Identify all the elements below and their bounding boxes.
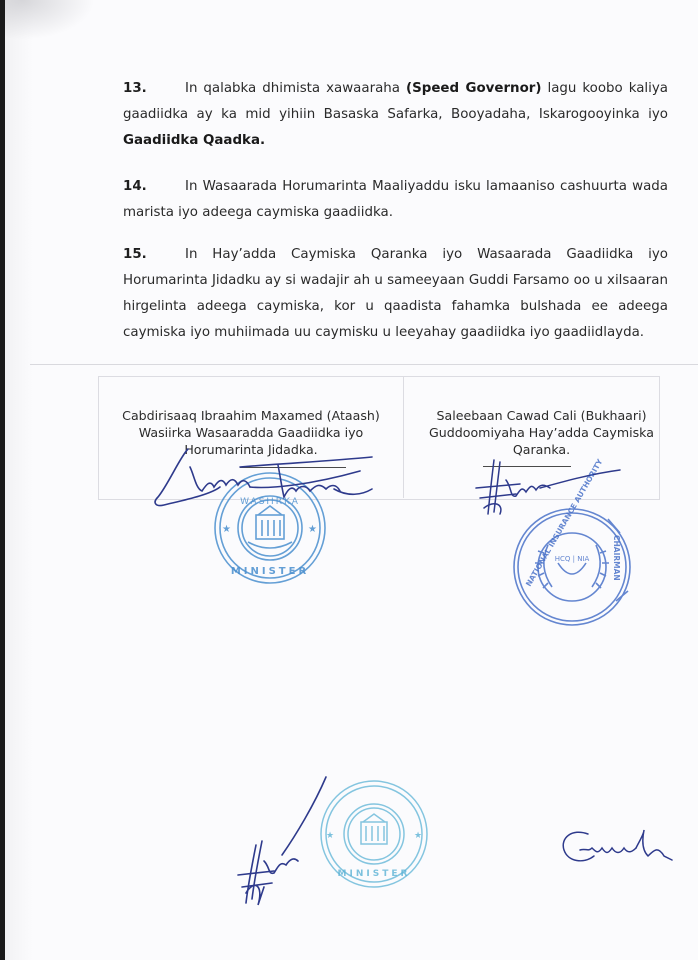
page-corner-shadow — [5, 0, 95, 40]
clause-13: 13. In qalabka dhimista xawaaraha (Speed… — [123, 76, 668, 154]
svg-text:MINISTER: MINISTER — [338, 869, 411, 879]
clause-15: 15. In Hay’adda Caymiska Qaranka iyo Was… — [123, 242, 668, 346]
svg-text:MINISTER: MINISTER — [231, 566, 309, 577]
svg-text:CHAIRMAN: CHAIRMAN — [612, 535, 621, 581]
lower-signature-minister — [558, 826, 678, 870]
signatory-chairman: Saleebaan Cawad Cali (Bukhaari) Guddoomi… — [405, 407, 678, 458]
signatory-title: Wasiirka Wasaaradda Gaadiidka iyo — [100, 424, 402, 441]
svg-text:★: ★ — [414, 831, 422, 841]
clause-number: 14. — [123, 174, 147, 200]
clause-text: In qalabka dhimista xawaaraha — [185, 81, 406, 96]
signature-table-divider — [403, 376, 404, 498]
signatory-title: Qaranka. — [405, 441, 678, 458]
signatory-name: Saleebaan Cawad Cali (Bukhaari) — [405, 407, 678, 424]
clause-text: In Wasaarada Horumarinta Maaliyaddu isku… — [123, 179, 668, 220]
svg-text:★: ★ — [222, 524, 231, 535]
clause-14: 14. In Wasaarada Horumarinta Maaliyaddu … — [123, 174, 668, 226]
svg-text:HCQ | NIA: HCQ | NIA — [555, 555, 590, 563]
minister-signature — [150, 445, 385, 515]
signatory-title: Guddoomiyaha Hay’adda Caymiska — [405, 424, 678, 441]
clause-bold-term: (Speed Governor) — [406, 81, 542, 96]
national-insurance-stamp: HCQ | NIA NATIONAL INSURANCE AUTHORITY C… — [508, 505, 636, 629]
lower-signature-chairman — [234, 775, 334, 910]
svg-text:★: ★ — [308, 524, 317, 535]
divider-line — [30, 364, 698, 365]
page-edge-shade — [5, 0, 33, 960]
clause-number: 13. — [123, 76, 147, 102]
clause-bold-term: Gaadiidka Qaadka. — [123, 133, 265, 148]
clause-text: In Hay’adda Caymiska Qaranka iyo Wasaara… — [123, 247, 668, 340]
clause-number: 15. — [123, 242, 147, 268]
signatory-name: Cabdirisaaq Ibraahim Maxamed (Ataash) — [100, 407, 402, 424]
